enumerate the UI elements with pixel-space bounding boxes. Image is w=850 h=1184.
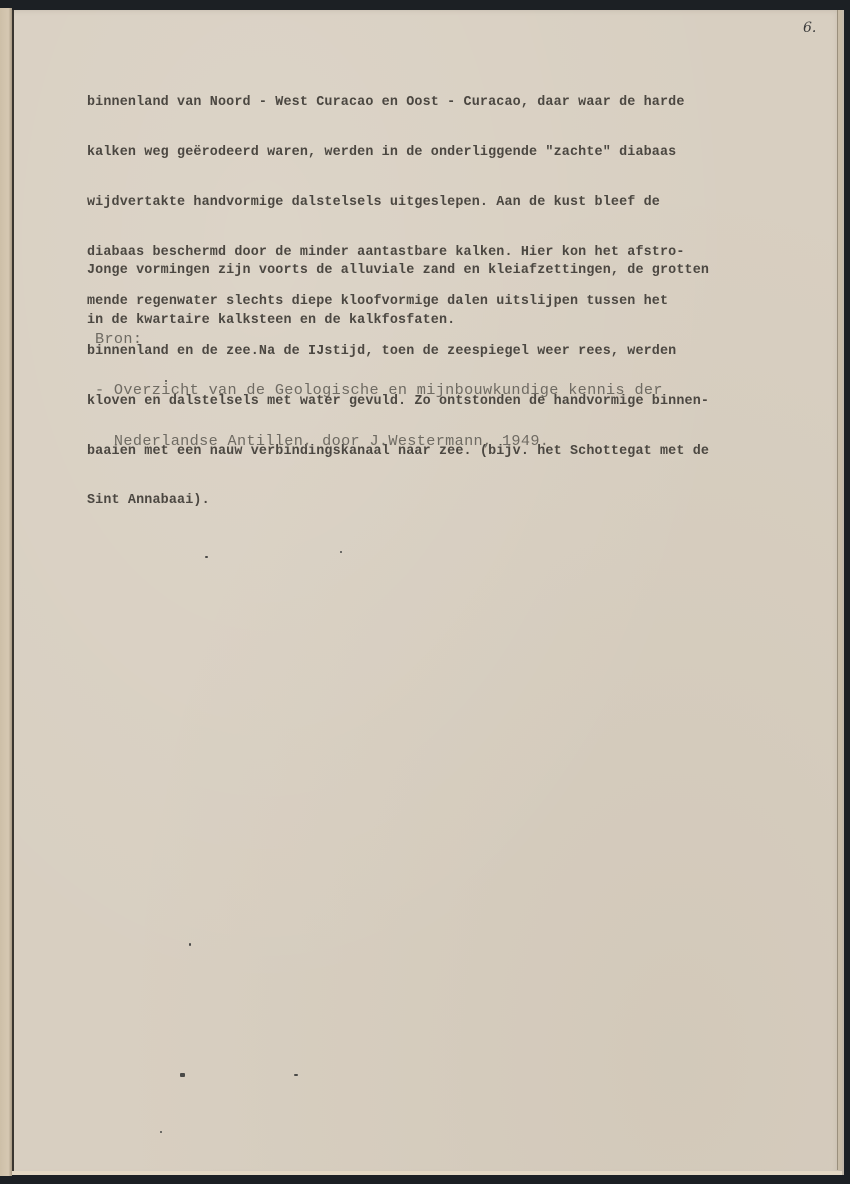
text-line: wijdvertakte handvormige dalstelsels uit… — [87, 195, 709, 212]
previous-page-edge — [0, 8, 12, 1176]
paper-speck — [340, 551, 342, 553]
text-line: kalken weg geërodeerd waren, werden in d… — [87, 145, 709, 162]
paper-speck — [165, 380, 167, 382]
text-line: binnenland van Noord - West Curacao en O… — [87, 95, 709, 112]
source-label: Bron: — [95, 331, 663, 348]
source-line: Nederlandse Antillen, door J.Westermann,… — [95, 433, 663, 450]
scanned-document: 6. binnenland van Noord - West Curacao e… — [0, 0, 850, 1184]
page-bottom-edge — [12, 1171, 842, 1175]
source-line: - Overzicht van de Geologische en mijnbo… — [95, 382, 663, 399]
text-line: Sint Annabaai). — [87, 493, 709, 510]
source-citation: Bron: - Overzicht van de Geologische en … — [95, 297, 663, 484]
paper-speck — [205, 556, 208, 558]
page-right-edge — [837, 10, 842, 1170]
paper-speck — [189, 943, 191, 946]
text-line: Jonge vormingen zijn voorts de alluviale… — [87, 263, 709, 280]
page-number: 6. — [803, 20, 816, 36]
paper-speck — [160, 1131, 162, 1133]
paper-speck — [180, 1073, 185, 1077]
paper-speck — [294, 1074, 298, 1076]
